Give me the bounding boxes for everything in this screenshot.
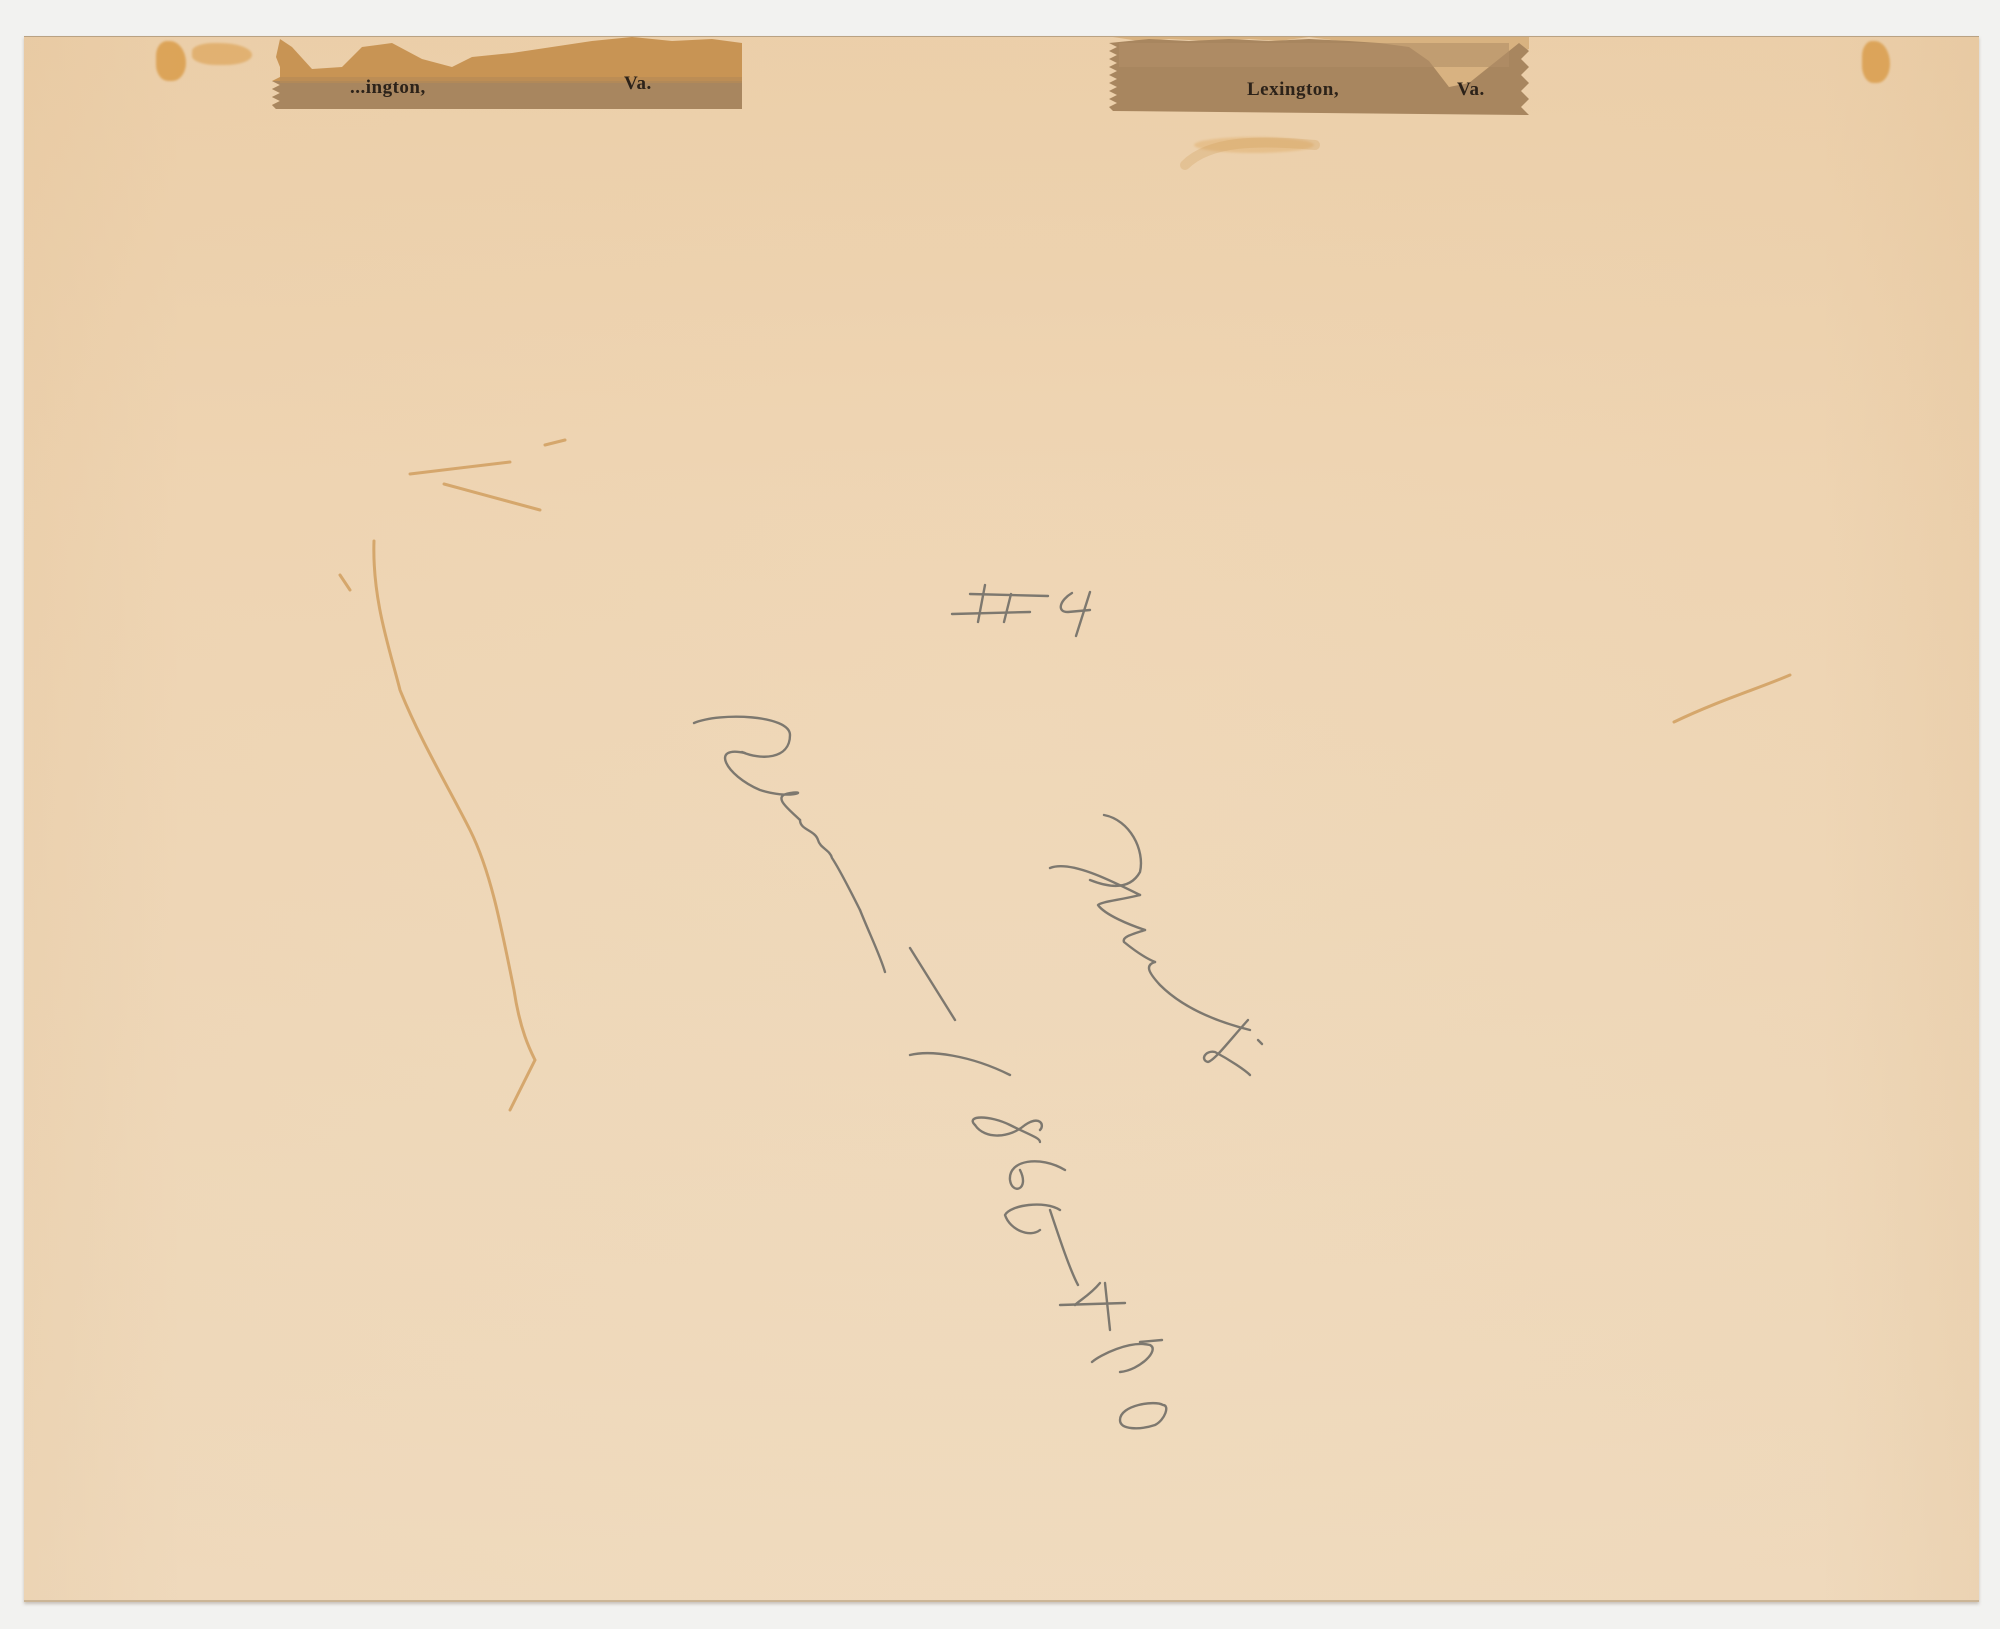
stain-top-left (156, 41, 186, 81)
stain-mid (1194, 137, 1314, 153)
inscription-signature: Mr. Bowen (0, 0, 1, 1)
label-right-state: Va. (1457, 79, 1485, 101)
label-left-state: Va. (624, 73, 652, 95)
label-tape-right: Lexington, Va. (1109, 37, 1529, 111)
mount-card: ...ington, Va. Lexington, Va. (24, 36, 1979, 1602)
inscription-item-number: #4 (0, 0, 1, 1)
label-left-city: ...ington, (350, 77, 426, 99)
label-right-city: Lexington, (1247, 79, 1339, 101)
scan-background: ...ington, Va. Lexington, Va. (0, 0, 2000, 1629)
tape-shape-right (1109, 37, 1529, 117)
stain-top-right (1862, 41, 1890, 83)
label-tape-left: ...ington, Va. (272, 37, 742, 111)
inscription-year: 1865 (0, 0, 1, 1)
stain-top-left-2 (192, 43, 252, 65)
inscription-catalog-number: 470 (0, 0, 1, 1)
tape-shape-left (272, 37, 742, 111)
